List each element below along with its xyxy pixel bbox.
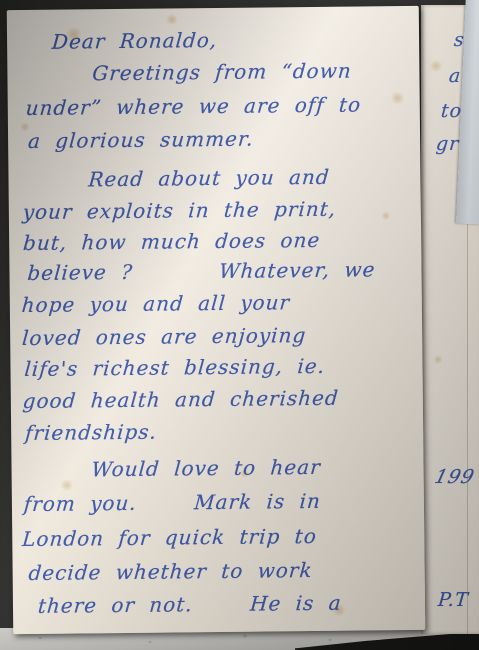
letter-line: Greetings from “down bbox=[92, 61, 353, 84]
side-text-fragment: a bbox=[448, 67, 462, 86]
letter-line: Read about you and bbox=[88, 167, 331, 190]
letter-line: believe ? Whatever, we bbox=[27, 259, 377, 283]
letter-line: a glorious summer. bbox=[27, 129, 254, 151]
paper-stain bbox=[390, 92, 406, 104]
letter-line: Dear Ronaldo, bbox=[51, 30, 218, 52]
letter-page: Dear Ronaldo, Greetings from “down under… bbox=[7, 6, 426, 634]
letter-line: loved ones are enjoying bbox=[21, 325, 307, 348]
paper-stain bbox=[60, 479, 74, 490]
letter-line: under” where we are off to bbox=[25, 94, 362, 118]
letter-line: good health and cherished bbox=[22, 388, 340, 411]
side-text-fragment: to bbox=[440, 102, 463, 121]
photo-of-handwritten-letter: s a to gre 199 P.T Dear Ronaldo, Greetin… bbox=[0, 0, 479, 650]
letter-line: friendships. bbox=[24, 422, 157, 443]
letter-line: Would love to hear bbox=[91, 457, 322, 479]
letter-line: hope you and all your bbox=[21, 292, 291, 315]
letter-line: London for quick trip to bbox=[22, 526, 318, 549]
year-fragment: 199 bbox=[433, 468, 477, 487]
letter-line: decide whether to work bbox=[28, 560, 314, 583]
paper-stain bbox=[381, 211, 391, 220]
letter-line: your exploits in the print, bbox=[22, 199, 337, 222]
letter-line: but, how much does one bbox=[22, 230, 321, 253]
letter-line: there or not. He is a bbox=[37, 593, 342, 616]
letter-line: life's richest blessing, ie. bbox=[24, 356, 326, 379]
paper-stain bbox=[165, 14, 179, 24]
pto-fragment: P.T bbox=[437, 591, 469, 610]
letter-line: from you. Mark is in bbox=[23, 491, 322, 514]
